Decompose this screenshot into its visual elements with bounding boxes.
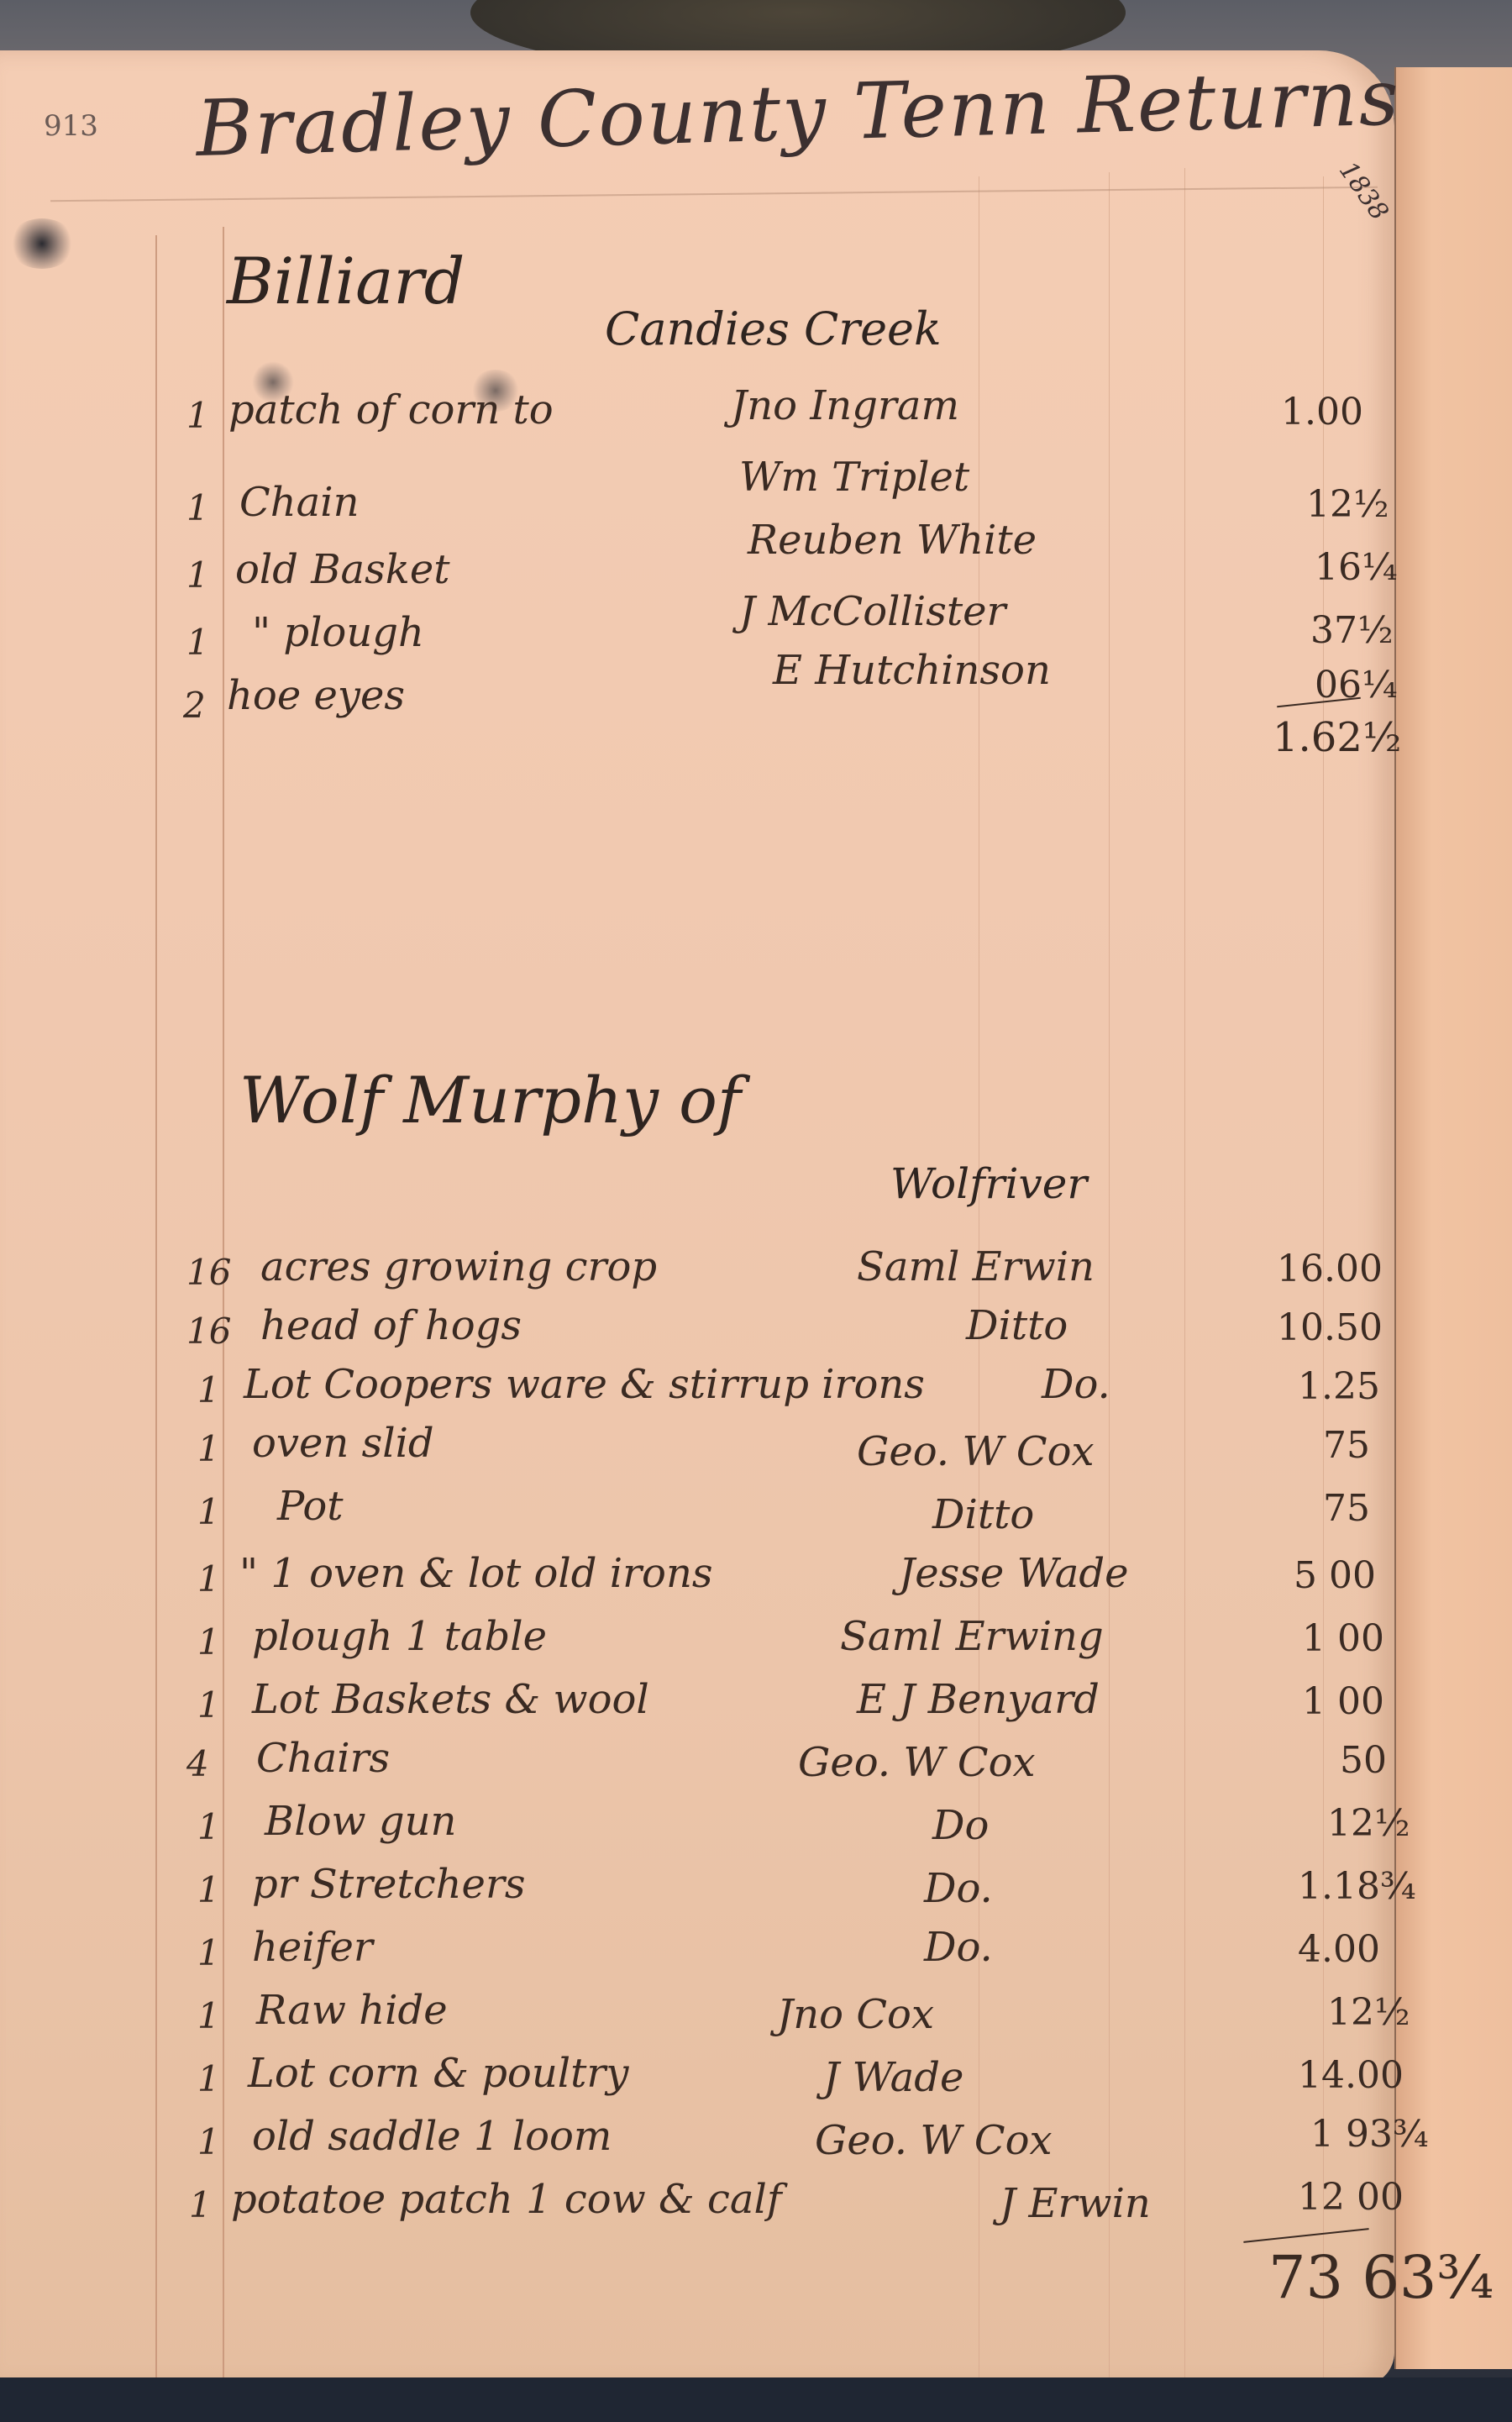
row-item: potatoe patch 1 cow & calf — [231, 2176, 782, 2223]
row-amount: 1.25 — [1298, 1365, 1380, 1408]
row-item: Chairs — [256, 1735, 390, 1782]
row-quantity: 1 — [197, 2058, 220, 2099]
row-buyer: Do. — [924, 1924, 993, 1971]
row-item: Lot corn & poultry — [248, 2050, 628, 2097]
row-amount: 12½ — [1327, 1802, 1410, 1845]
page-title: Bradley County Tenn Returns — [195, 53, 1401, 174]
row-quantity: 16 — [186, 1311, 231, 1352]
row-quantity: 1 — [197, 1491, 220, 1532]
row-buyer: Saml Erwin — [857, 1243, 1095, 1290]
row-buyer: E Hutchinson — [773, 647, 1051, 694]
row-item: Chain — [239, 479, 360, 526]
row-item: heifer — [252, 1924, 373, 1971]
row-amount: 5 00 — [1294, 1554, 1376, 1597]
row-amount: 14.00 — [1298, 2054, 1404, 2097]
row-item: acres growing crop — [260, 1243, 657, 1290]
section-heading: Wolf Murphy of — [239, 1063, 741, 1137]
margin-rule-left — [155, 235, 157, 2386]
row-amount: 16¼ — [1315, 546, 1398, 589]
row-item: oven slid — [252, 1420, 434, 1467]
row-quantity: 1 — [189, 2184, 212, 2225]
row-amount: 75 — [1323, 1487, 1370, 1530]
row-buyer: Jno Ingram — [731, 382, 959, 429]
row-item: Blow gun — [265, 1798, 456, 1845]
row-amount: 37½ — [1310, 609, 1394, 652]
row-amount: 1 00 — [1302, 1617, 1384, 1660]
row-quantity: 1 — [197, 1684, 220, 1726]
row-buyer: Saml Erwing — [840, 1613, 1104, 1660]
section-subheading: Wolfriver — [890, 1159, 1087, 1208]
row-quantity: 1 — [197, 1558, 220, 1600]
row-item: plough 1 table — [252, 1613, 547, 1660]
row-buyer: Do — [932, 1802, 989, 1849]
row-quantity: 1 — [197, 2121, 220, 2162]
row-buyer: Wm Triplet — [739, 454, 969, 501]
row-item: old saddle 1 loom — [252, 2113, 612, 2160]
section-subheading: Candies Creek — [605, 302, 942, 355]
row-amount: 12½ — [1306, 483, 1389, 526]
row-buyer: Ditto — [932, 1491, 1034, 1538]
row-amount: 1.18¾ — [1298, 1865, 1416, 1908]
row-quantity: 4 — [186, 1743, 209, 1784]
row-buyer: Geo. W Cox — [857, 1428, 1095, 1475]
row-amount: 4.00 — [1298, 1928, 1380, 1971]
row-quantity: 2 — [183, 685, 206, 726]
row-buyer: Do. — [1042, 1361, 1110, 1408]
row-buyer: Reuben White — [748, 517, 1037, 564]
row-buyer: J Wade — [823, 2054, 963, 2101]
column-rule-3 — [1184, 168, 1185, 2390]
row-quantity: 1 — [197, 1428, 220, 1469]
section-heading: Billiard — [227, 244, 465, 318]
row-quantity: 1 — [197, 1932, 220, 1973]
row-quantity: 1 — [197, 1621, 220, 1663]
row-buyer: J Erwin — [1000, 2180, 1151, 2227]
ledger-page: 913 Bradley County Tenn Returns 1838 Bil… — [0, 50, 1394, 2386]
row-item: Lot Coopers ware & stirrup irons — [244, 1361, 925, 1408]
row-amount: 12½ — [1327, 1991, 1410, 2034]
row-item: Pot — [277, 1483, 344, 1530]
page-number: 913 — [44, 109, 98, 143]
section-total: 73 63¾ — [1268, 2243, 1494, 2312]
row-amount: 1 93¾ — [1310, 2113, 1429, 2156]
row-amount: 10.50 — [1277, 1306, 1383, 1349]
row-item: head of hogs — [260, 1302, 522, 1349]
row-buyer: Jesse Wade — [899, 1550, 1129, 1597]
row-amount: 16.00 — [1277, 1248, 1383, 1290]
row-buyer: E J Benyard — [857, 1676, 1100, 1723]
row-amount: 1 00 — [1302, 1680, 1384, 1723]
row-buyer: Geo. W Cox — [815, 2117, 1053, 2164]
row-buyer: Geo. W Cox — [798, 1739, 1036, 1786]
row-item: hoe eyes — [227, 672, 405, 719]
row-quantity: 1 — [197, 1869, 220, 1910]
row-quantity: 1 — [197, 1369, 220, 1411]
row-amount: 1.00 — [1281, 391, 1363, 433]
adjacent-page-edge — [1394, 67, 1512, 2369]
row-buyer: Ditto — [966, 1302, 1068, 1349]
row-quantity: 1 — [186, 622, 209, 663]
row-quantity: 1 — [186, 554, 209, 596]
row-item: Raw hide — [256, 1987, 448, 2034]
subtotal-rule — [1243, 2228, 1368, 2243]
row-item: pr Stretchers — [252, 1861, 526, 1908]
row-amount: 12 00 — [1298, 2176, 1404, 2219]
row-item: " 1 oven & lot old irons — [239, 1550, 712, 1597]
row-item: " plough — [252, 609, 424, 656]
row-buyer: Jno Cox — [777, 1991, 934, 2038]
row-quantity: 1 — [186, 487, 209, 528]
row-quantity: 1 — [186, 395, 209, 436]
row-buyer: Do. — [924, 1865, 993, 1912]
row-quantity: 1 — [197, 1806, 220, 1847]
row-quantity: 16 — [186, 1252, 231, 1293]
row-quantity: 1 — [197, 1995, 220, 2036]
margin-rule-item — [223, 227, 224, 2386]
ink-blot — [8, 218, 76, 269]
column-rule-2 — [1109, 172, 1110, 2390]
row-amount: 50 — [1340, 1739, 1387, 1782]
row-item: Lot Baskets & wool — [252, 1676, 649, 1723]
header-rule — [50, 187, 1378, 202]
title-year: 1838 — [1333, 156, 1394, 226]
backdrop-bottom — [0, 2377, 1512, 2422]
section-total: 1.62½ — [1273, 714, 1401, 761]
row-amount: 75 — [1323, 1424, 1370, 1467]
row-buyer: J McCollister — [739, 588, 1005, 635]
row-item: old Basket — [235, 546, 450, 593]
row-item: patch of corn to — [228, 386, 554, 433]
